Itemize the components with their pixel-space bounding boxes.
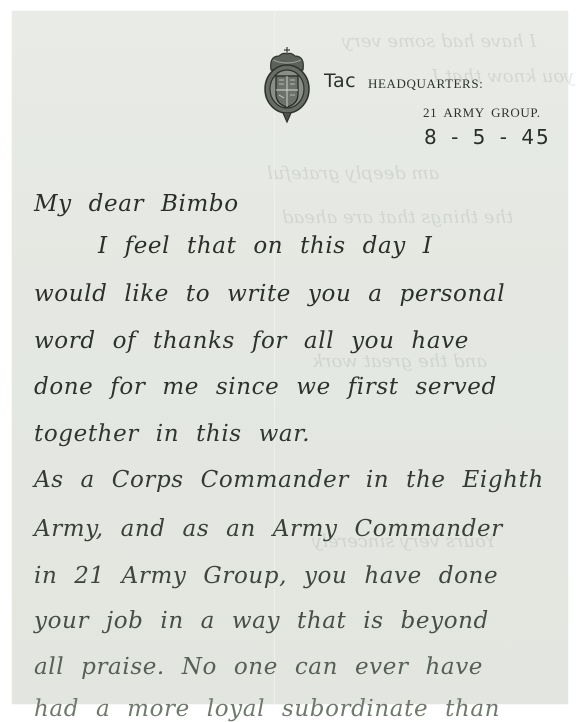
show-through-line: and the great work	[312, 351, 487, 372]
letter-line: all praise. No one can ever have	[34, 654, 483, 680]
letter-line: word of thanks for all you have	[34, 328, 469, 354]
letter-line: My dear Bimbo	[34, 191, 239, 217]
show-through-line: I have had some very	[342, 31, 536, 52]
letterhead-headquarters: HEADQUARTERS:	[368, 76, 483, 92]
letter-line: Army, and as an Army Commander	[34, 516, 503, 542]
letter-line: As a Corps Commander in the Eighth	[34, 467, 544, 493]
royal-crest-icon	[259, 44, 315, 124]
letter-page: I have had some veryyou know that Iam de…	[12, 11, 568, 704]
letter-line: had a more loyal subordinate than	[34, 696, 500, 713]
letter-line: would like to write you a personal	[34, 281, 505, 307]
show-through-line: am deeply grateful	[267, 163, 439, 184]
letterhead-army-group: 21 ARMY GROUP.	[423, 105, 541, 121]
show-through-line: the things that are ahead	[282, 207, 513, 228]
letter-date: 8 - 5 - 45	[424, 125, 551, 149]
letter-line: I feel that on this day I	[98, 233, 432, 259]
letter-line: together in this war.	[34, 421, 310, 447]
letter-line: done for me since we first served	[34, 374, 497, 400]
letterhead-tac: Tac	[324, 70, 356, 92]
letter-line: your job in a way that is beyond	[34, 608, 489, 634]
letter-line: in 21 Army Group, you have done	[34, 563, 498, 589]
